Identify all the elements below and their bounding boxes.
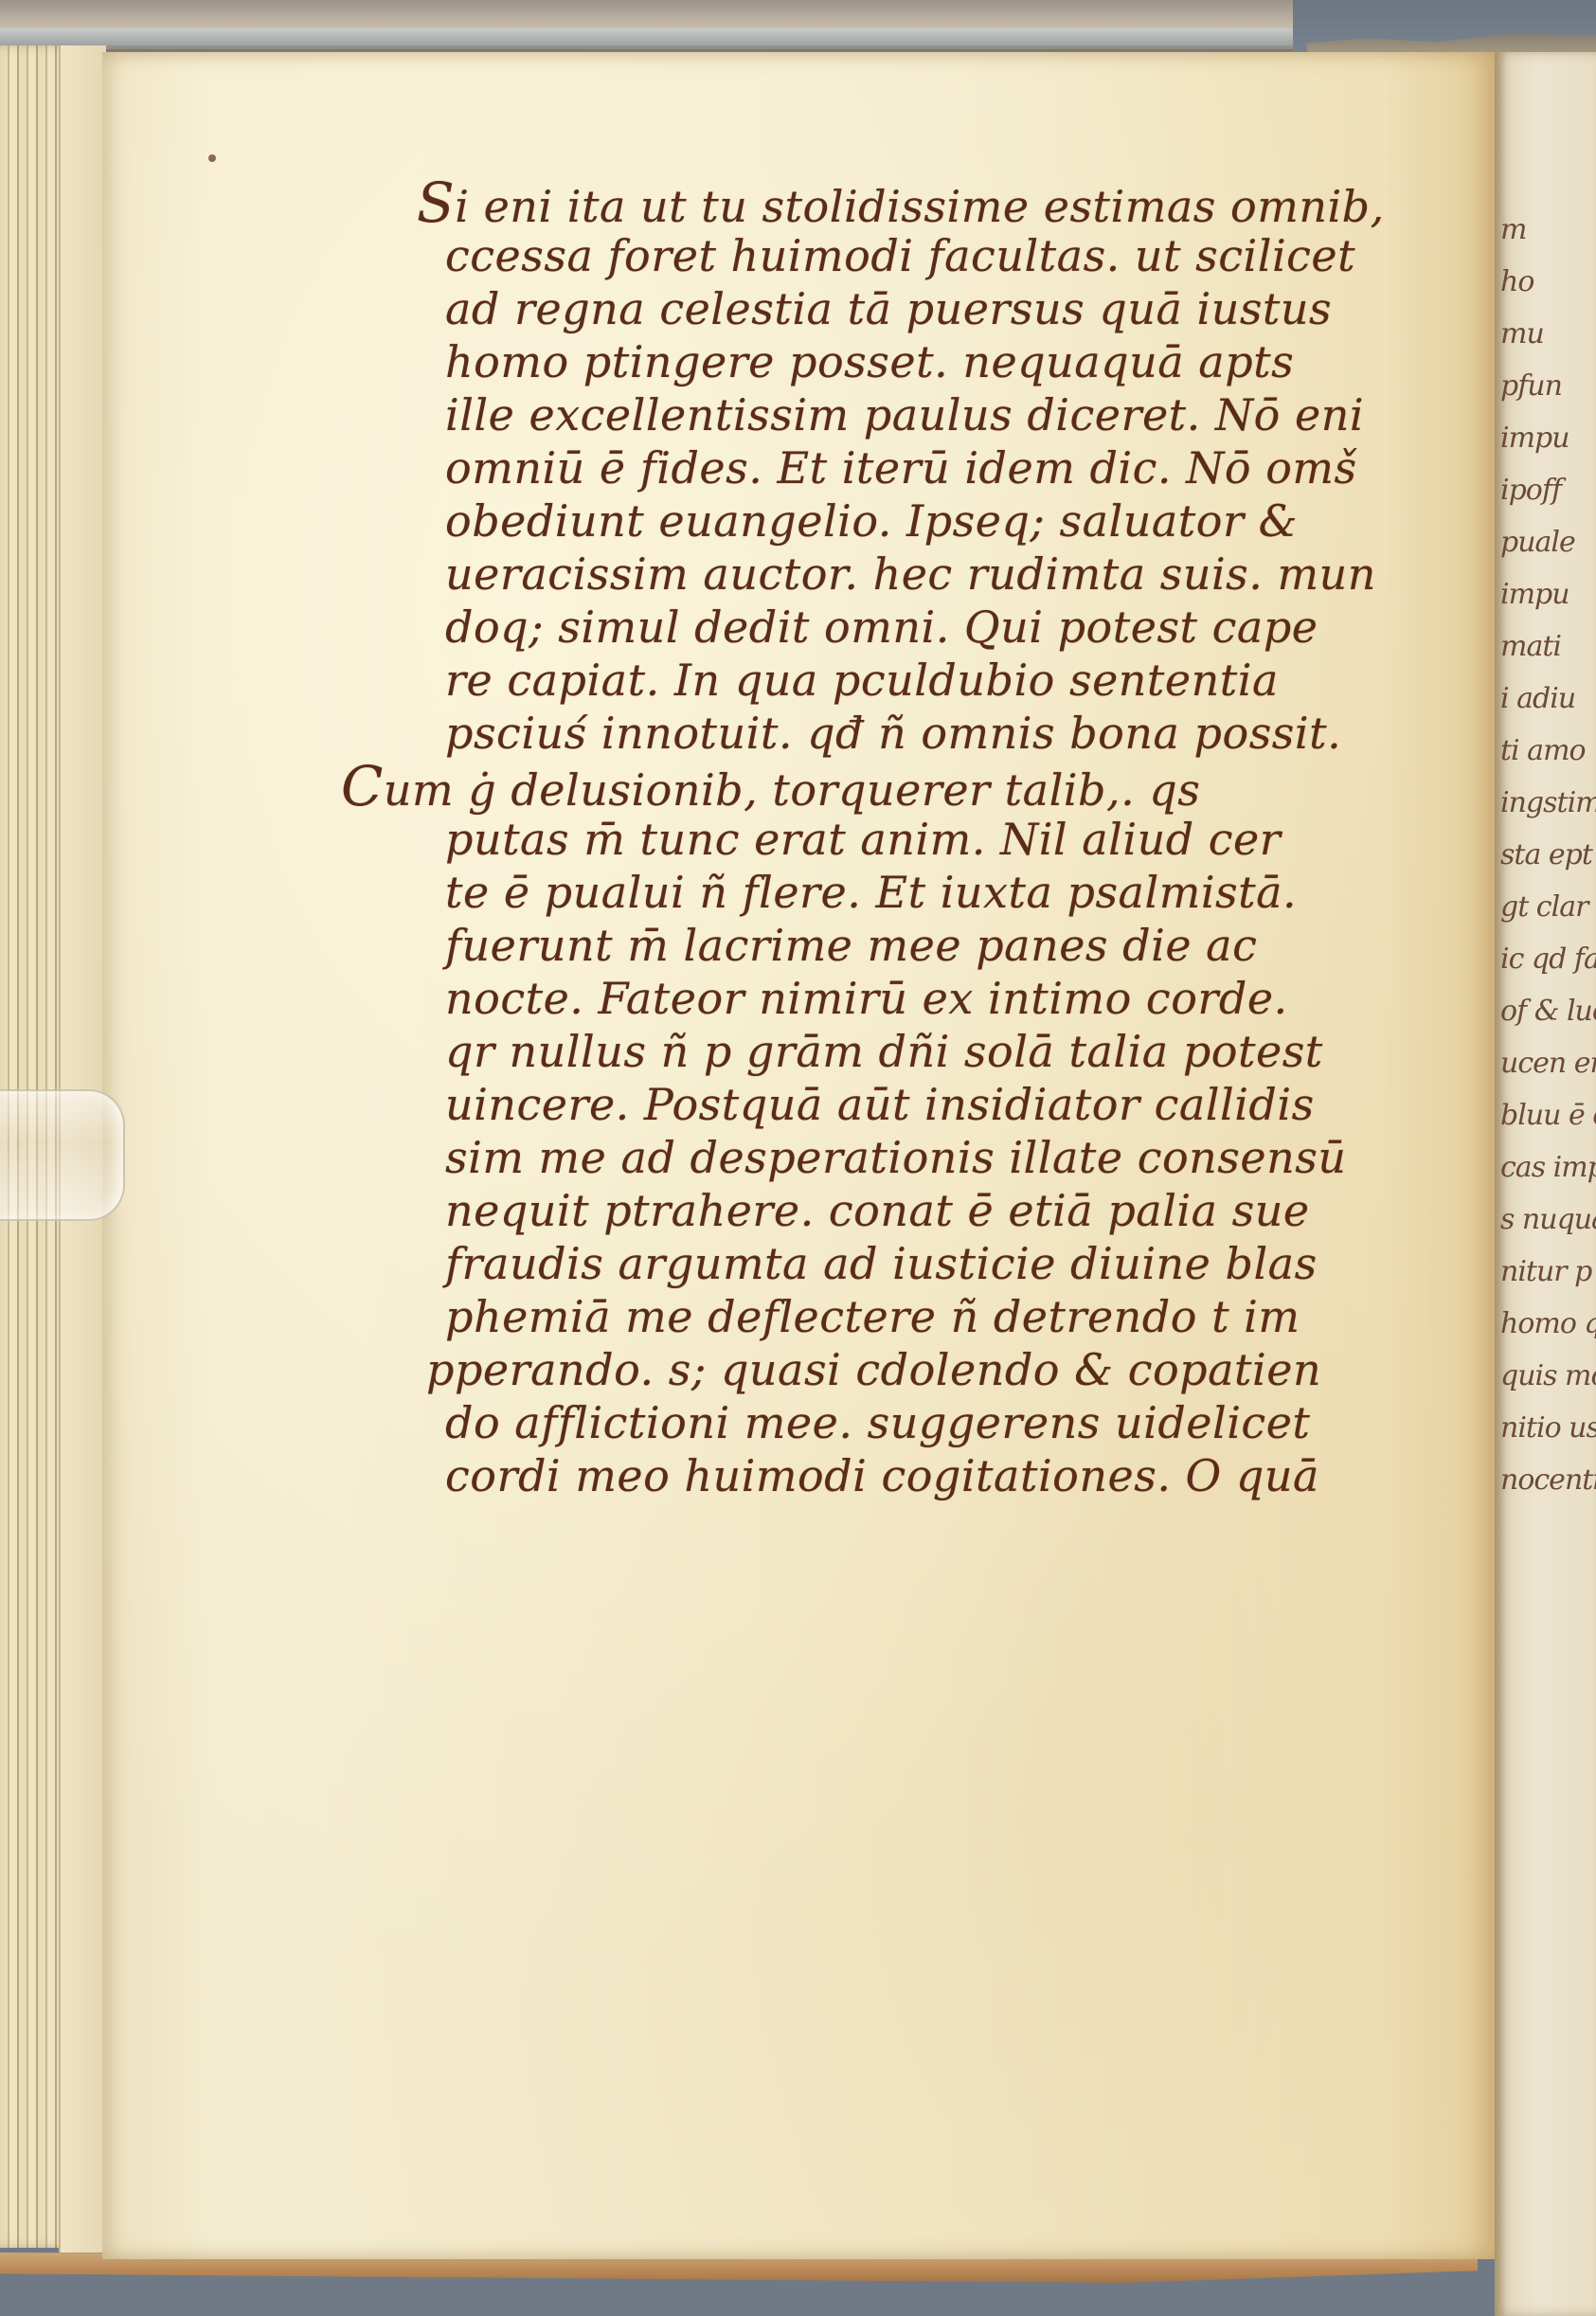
facing-page-fragment: of & luc: [1500, 995, 1596, 1028]
manuscript-line: ueracissim auctor. hec rudimta suis. mun: [445, 549, 1376, 599]
facing-page-fragment: ucen era: [1500, 1047, 1596, 1080]
manuscript-line: putas m̄ tunc erat anim. Nil aliud cer: [445, 815, 1281, 864]
facing-page-fragment: bluu ē ex: [1500, 1099, 1596, 1132]
facing-page-fragment: puale: [1500, 526, 1575, 559]
facing-page-fragment: gt clar: [1500, 890, 1587, 924]
manuscript-line: omniū ē fides. Et iterū idem dic. Nō omš: [445, 443, 1357, 493]
folio-dot: [208, 154, 216, 162]
facing-page-fragment: ic qd fac: [1500, 943, 1596, 976]
manuscript-line: phemiā me deflectere ñ detrendo t im: [445, 1292, 1300, 1341]
facing-page-fragment: impu: [1500, 422, 1569, 455]
manuscript-line: fraudis argumta ad iusticie diuine blas: [445, 1239, 1318, 1288]
manuscript-line: fuerunt m̄ lacrime mee panes die ac: [445, 921, 1257, 970]
manuscript-line: te ē pualui ñ flere. Et iuxta psalmistā.: [445, 868, 1297, 917]
manuscript-line: do afflictioni mee. suggerens uidelicet: [445, 1398, 1310, 1447]
facing-page-fragment: homo qsqu: [1500, 1307, 1596, 1340]
facing-page-fragment: i adiu: [1500, 682, 1575, 715]
facing-page-fragment: s nuqua: [1500, 1203, 1596, 1236]
facing-page-fragment: pfun: [1500, 369, 1562, 403]
manuscript-line-initial: Cum ġ delusionib, torquerer talib,. qs: [341, 762, 1200, 815]
cover-board-edge: [0, 28, 1293, 45]
page-holder-clip: [0, 1089, 125, 1221]
manuscript-line: doq; simul dedit omni. Qui potest cape: [445, 602, 1318, 652]
manuscript-line: Si eni ita ut tu stolidissime estimas om…: [417, 178, 1385, 231]
facing-page-fragment: ti amo: [1500, 734, 1586, 767]
manuscript-line: uincere. Postquā aūt insidiator callidis: [445, 1080, 1315, 1129]
manuscript-line: homo ptingere posset. nequaquā apts: [445, 337, 1294, 386]
facing-page-fragment: ho: [1500, 265, 1533, 298]
manuscript-line: pperando. s; quasi cdolendo & copatien: [426, 1345, 1321, 1394]
facing-page-fragment: cas impe: [1500, 1151, 1596, 1184]
manuscript-line: ille excellentissim paulus diceret. Nō e…: [445, 390, 1364, 440]
manuscript-line: ad regna celestia tā puersus quā iustus: [445, 284, 1332, 333]
facing-page-fragment: m: [1500, 213, 1526, 246]
facing-page-edge: m ho mu pfun impu ipoff puale impu mati …: [1495, 52, 1596, 2316]
manuscript-line: nocte. Fateor nimirū ex intimo corde.: [445, 974, 1288, 1023]
facing-page-fragment: ingstim: [1500, 786, 1596, 819]
facing-page-fragment: impu: [1500, 578, 1569, 611]
manuscript-line: cordi meo huimodi cogitationes. O quā: [445, 1451, 1319, 1500]
manuscript-line: psciuś innotuit. qđ ñ omnis bona possit.: [445, 709, 1341, 758]
facing-page-fragment: nocentia qu: [1500, 1463, 1596, 1497]
manuscript-line: re capiat. In qua pculdubio sententia: [445, 655, 1279, 705]
facing-page-fragment: mati: [1500, 630, 1561, 663]
facing-page-fragment: sta ept: [1500, 838, 1592, 871]
facing-page-fragment: ipoff: [1500, 474, 1561, 507]
facing-page-fragment: quis mort: [1500, 1359, 1596, 1392]
facing-page-fragment: nitur p: [1500, 1255, 1591, 1288]
manuscript-line: sim me ad desperationis illate consensū: [445, 1133, 1347, 1182]
facing-page-fragment: nitio usq;: [1500, 1411, 1596, 1445]
manuscript-line: ccessa foret huimodi facultas. ut scilic…: [445, 231, 1355, 280]
facing-page-fragment: mu: [1500, 317, 1544, 350]
manuscript-line: qr nullus ñ p grām dñi solā talia potest: [445, 1027, 1323, 1076]
manuscript-line: obediunt euangelio. Ipseq; saluator &: [445, 496, 1298, 546]
manuscript-line: nequit ptrahere. conat ē etiā palia sue: [445, 1186, 1310, 1235]
